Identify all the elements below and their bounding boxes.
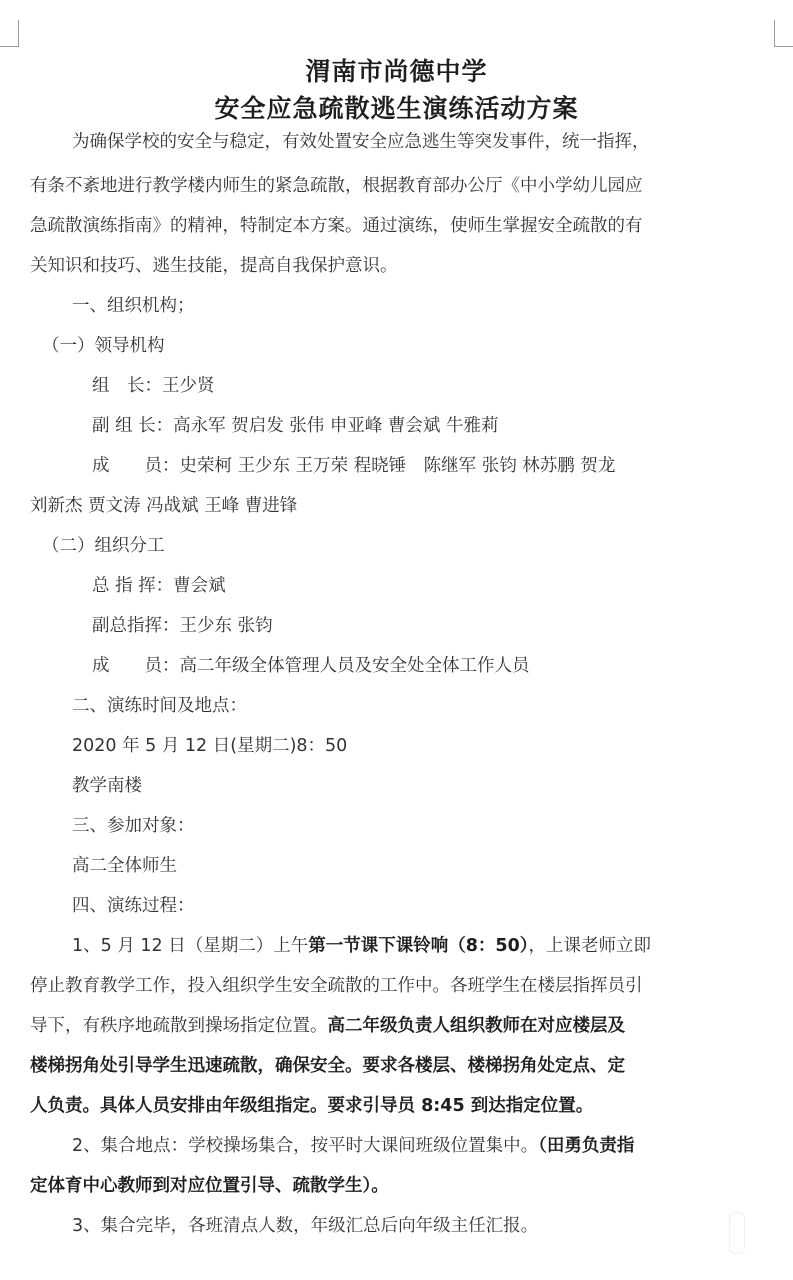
participants: 高二全体师生: [72, 852, 177, 877]
vice-chief-row: 副总指挥：王少东 张钧: [92, 612, 273, 637]
chief-label: 总 指 挥：: [92, 576, 173, 596]
section-heading-time-place: 二、演练时间及地点：: [72, 692, 247, 717]
process-item-2-text: 2、集合地点：学校操场集合，按平时大课间班级位置集中。: [72, 1136, 538, 1156]
members-row: 成 员：史荣柯 王少东 王万荣 程晓锤 陈继军 张钧 林苏鹏 贺龙: [92, 452, 615, 477]
process-item-1-line-3-bold: 高二年级负责人组织教师在对应楼层及: [328, 1016, 626, 1036]
intro-line-1: 为确保学校的安全与稳定，有效处置安全应急逃生等突发事件，统一指挥，: [72, 128, 650, 153]
page-corner-mark-left: [0, 20, 19, 47]
process-item-2-line-2: 定体育中心教师到对应位置引导、疏散学生）。: [30, 1172, 389, 1197]
process-item-1-text-end: ，上课老师立即: [529, 936, 652, 956]
process-item-1-line-2: 停止教育教学工作，投入组织学生安全疏散的工作中。各班学生在楼层指挥员引: [30, 972, 643, 997]
members-names-1: 史荣柯 王少东 王万荣 程晓锤 陈继军 张钧 林苏鹏 贺龙: [180, 456, 616, 476]
process-item-3-line-1: 3、集合完毕，各班清点人数，年级汇总后向年级主任汇报。: [72, 1212, 538, 1237]
process-item-1-bold: 第一节课下课铃响（8：50）: [308, 936, 528, 956]
members-label: 成 员：: [92, 456, 180, 476]
document-title-plan: 安全应急疏散逃生演练活动方案: [0, 89, 793, 125]
section-heading-participants: 三、参加对象：: [72, 812, 195, 837]
deputy-label: 副 组 长：: [92, 416, 173, 436]
leader-label: 组 长：: [92, 376, 162, 396]
process-item-1-line-4: 楼梯拐角处引导学生迅速疏散，确保安全。要求各楼层、楼梯拐角处定点、定: [30, 1052, 625, 1077]
document-title-school: 渭南市尚德中学: [0, 52, 793, 88]
subsection-heading-leadership: （一）领导机构: [42, 332, 165, 357]
members-names-2: 刘新杰 贾文涛 冯战斌 王峰 曹进锋: [30, 492, 297, 517]
chief-row: 总 指 挥：曹会斌: [92, 572, 226, 597]
leader-row: 组 长：王少贤: [92, 372, 215, 397]
intro-line-4: 关知识和技巧、逃生技能，提高自我保护意识。: [30, 252, 398, 277]
leader-name: 王少贤: [162, 376, 215, 396]
division-members-row: 成 员：高二年级全体管理人员及安全处全体工作人员: [92, 652, 530, 677]
page-corner-mark-right: [774, 20, 793, 47]
process-item-2-line-1: 2、集合地点：学校操场集合，按平时大课间班级位置集中。（田勇负责指: [72, 1132, 634, 1157]
process-item-1-text: 1、5 月 12 日（星期二）上午: [72, 936, 308, 956]
drill-time: 2020 年 5 月 12 日(星期二)8：50: [72, 732, 347, 757]
section-heading-process: 四、演练过程：: [72, 892, 195, 917]
process-item-1-line-3-text: 导下，有秩序地疏散到操场指定位置。: [30, 1016, 328, 1036]
process-item-1-line-5: 人负责。具体人员安排由年级组指定。要求引导员 8:45 到达指定位置。: [30, 1092, 593, 1117]
scan-artifact: [729, 1212, 745, 1254]
deputy-row: 副 组 长：高永军 贺启发 张伟 申亚峰 曹会斌 牛雅莉: [92, 412, 498, 437]
vice-chief-label: 副总指挥：: [92, 616, 180, 636]
deputy-names: 高永军 贺启发 张伟 申亚峰 曹会斌 牛雅莉: [173, 416, 498, 436]
process-item-2-bold: （田勇负责指: [538, 1136, 634, 1156]
process-item-1-line-3: 导下，有秩序地疏散到操场指定位置。高二年级负责人组织教师在对应楼层及: [30, 1012, 625, 1037]
division-members-label: 成 员：: [92, 656, 180, 676]
intro-line-3: 急疏散演练指南》的精神，特制定本方案。通过演练，使师生掌握安全疏散的有: [30, 212, 643, 237]
division-members: 高二年级全体管理人员及安全处全体工作人员: [180, 656, 530, 676]
intro-line-2: 有条不紊地进行教学楼内师生的紧急疏散，根据教育部办公厅《中小学幼儿园应: [30, 172, 643, 197]
section-heading-organization: 一、组织机构；: [72, 292, 195, 317]
subsection-heading-division: （二）组织分工: [42, 532, 165, 557]
drill-place: 教学南楼: [72, 772, 142, 797]
vice-chief-names: 王少东 张钧: [180, 616, 273, 636]
process-item-1-line-1: 1、5 月 12 日（星期二）上午第一节课下课铃响（8：50），上课老师立即: [72, 932, 651, 957]
chief-name: 曹会斌: [173, 576, 226, 596]
